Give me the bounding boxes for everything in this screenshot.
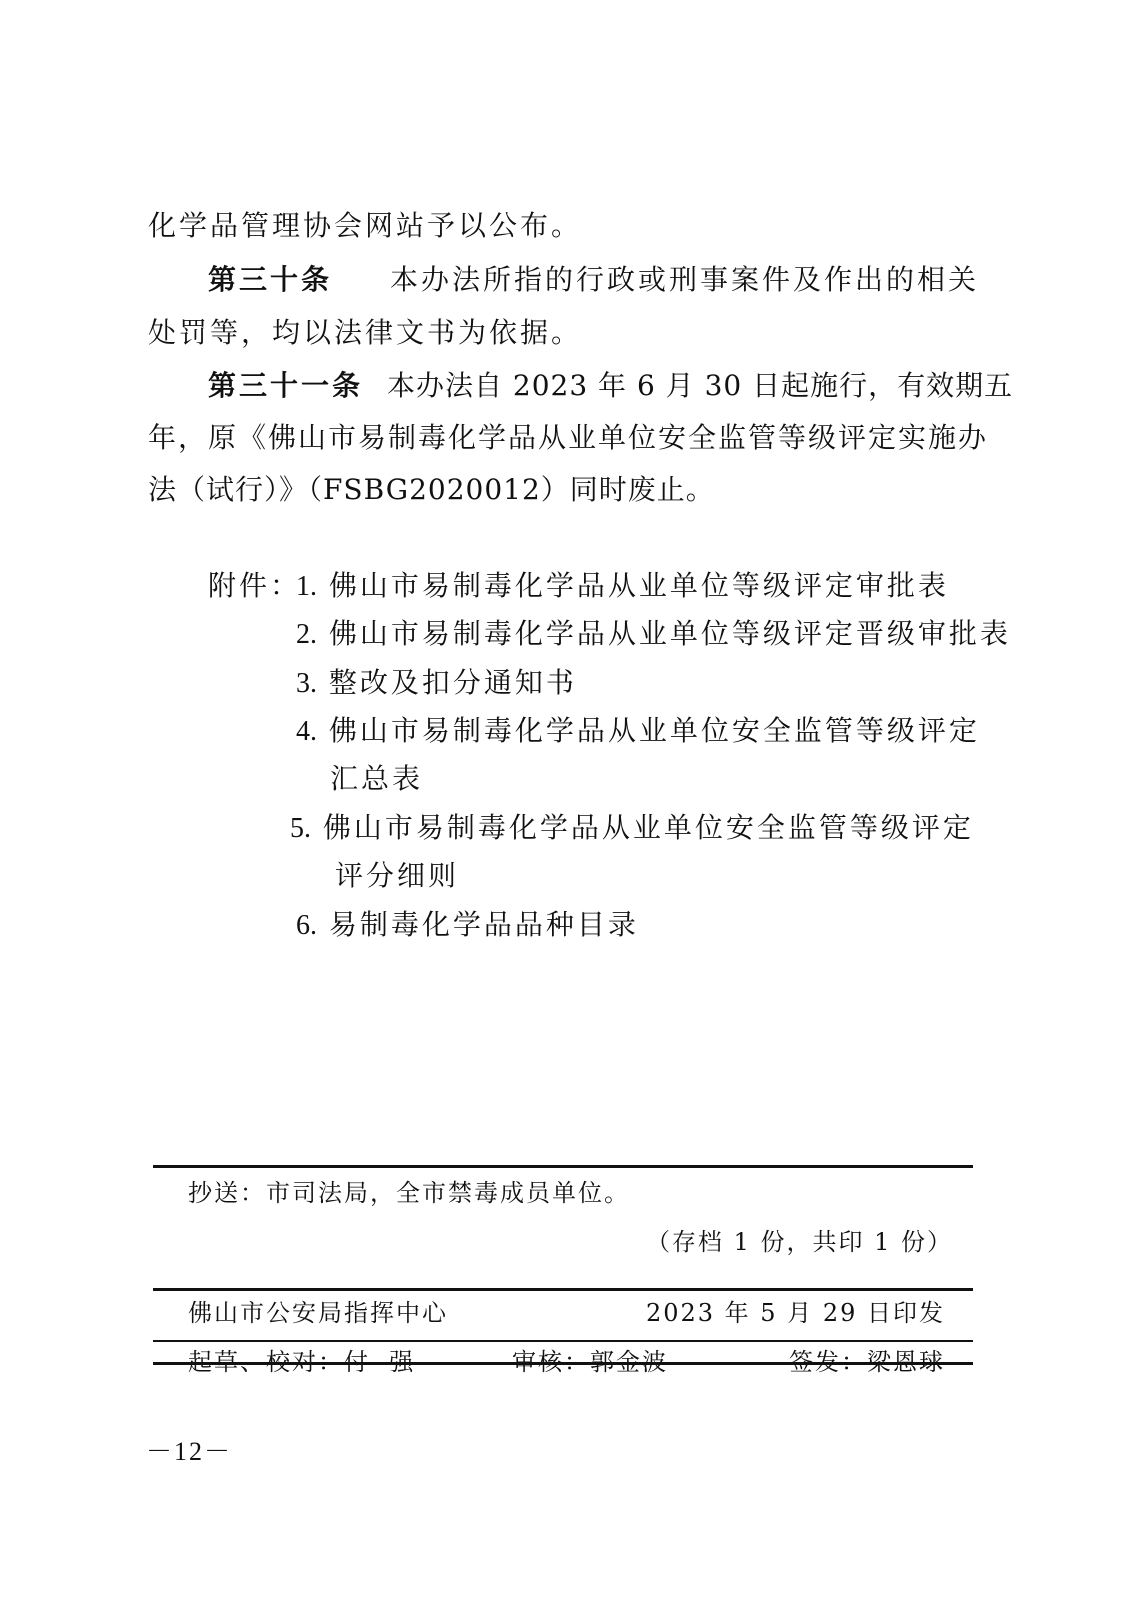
attachment-item-continuation: 汇总表 (330, 759, 423, 799)
divider-bottom (153, 1362, 973, 1365)
cc-recipients: 抄送：市司法局，全市禁毒成员单位。 (188, 1177, 630, 1209)
issuing-office: 佛山市公安局指挥中心 (188, 1297, 448, 1329)
article-30-heading: 第三十条 (208, 263, 332, 296)
attachments-label: 附件： (208, 566, 301, 606)
copies-note: （存档 1 份，共印 1 份） (646, 1226, 953, 1258)
article-30-line1: 本办法所指的行政或刑事案件及作出的相关 (390, 260, 979, 300)
article-30-line2: 处罚等，均以法律文书为依据。 (148, 313, 582, 353)
article-31-line1: 本办法自 2023 年 6 月 30 日起施行，有效期五 (387, 366, 1013, 406)
attachment-item: 6. 易制毒化学品品种目录 (296, 905, 639, 946)
attachment-item: 3. 整改及扣分通知书 (296, 663, 577, 704)
divider-signoff (153, 1340, 973, 1342)
page-number: －12－ (146, 1436, 232, 1468)
attachment-item-continuation: 评分细则 (335, 856, 459, 896)
article-31-line3: 法（试行）》（FSBG2020012）同时废止。 (148, 470, 715, 510)
paragraph-continuation: 化学品管理协会网站予以公布。 (148, 206, 582, 246)
divider-top (153, 1165, 973, 1168)
issue-date: 2023 年 5 月 29 日印发 (646, 1297, 945, 1329)
divider-issuer (153, 1288, 973, 1291)
attachment-item: 4. 佛山市易制毒化学品从业单位安全监管等级评定 (296, 711, 980, 752)
article-31-heading: 第三十一条 (208, 369, 363, 402)
article-31-line2: 年，原《佛山市易制毒化学品从业单位安全监管等级评定实施办 (148, 418, 988, 458)
attachment-item: 2. 佛山市易制毒化学品从业单位等级评定晋级审批表 (296, 614, 1011, 655)
attachment-item: 5. 佛山市易制毒化学品从业单位安全监管等级评定 (290, 808, 974, 849)
attachment-item: 1. 佛山市易制毒化学品从业单位等级评定审批表 (296, 566, 949, 607)
